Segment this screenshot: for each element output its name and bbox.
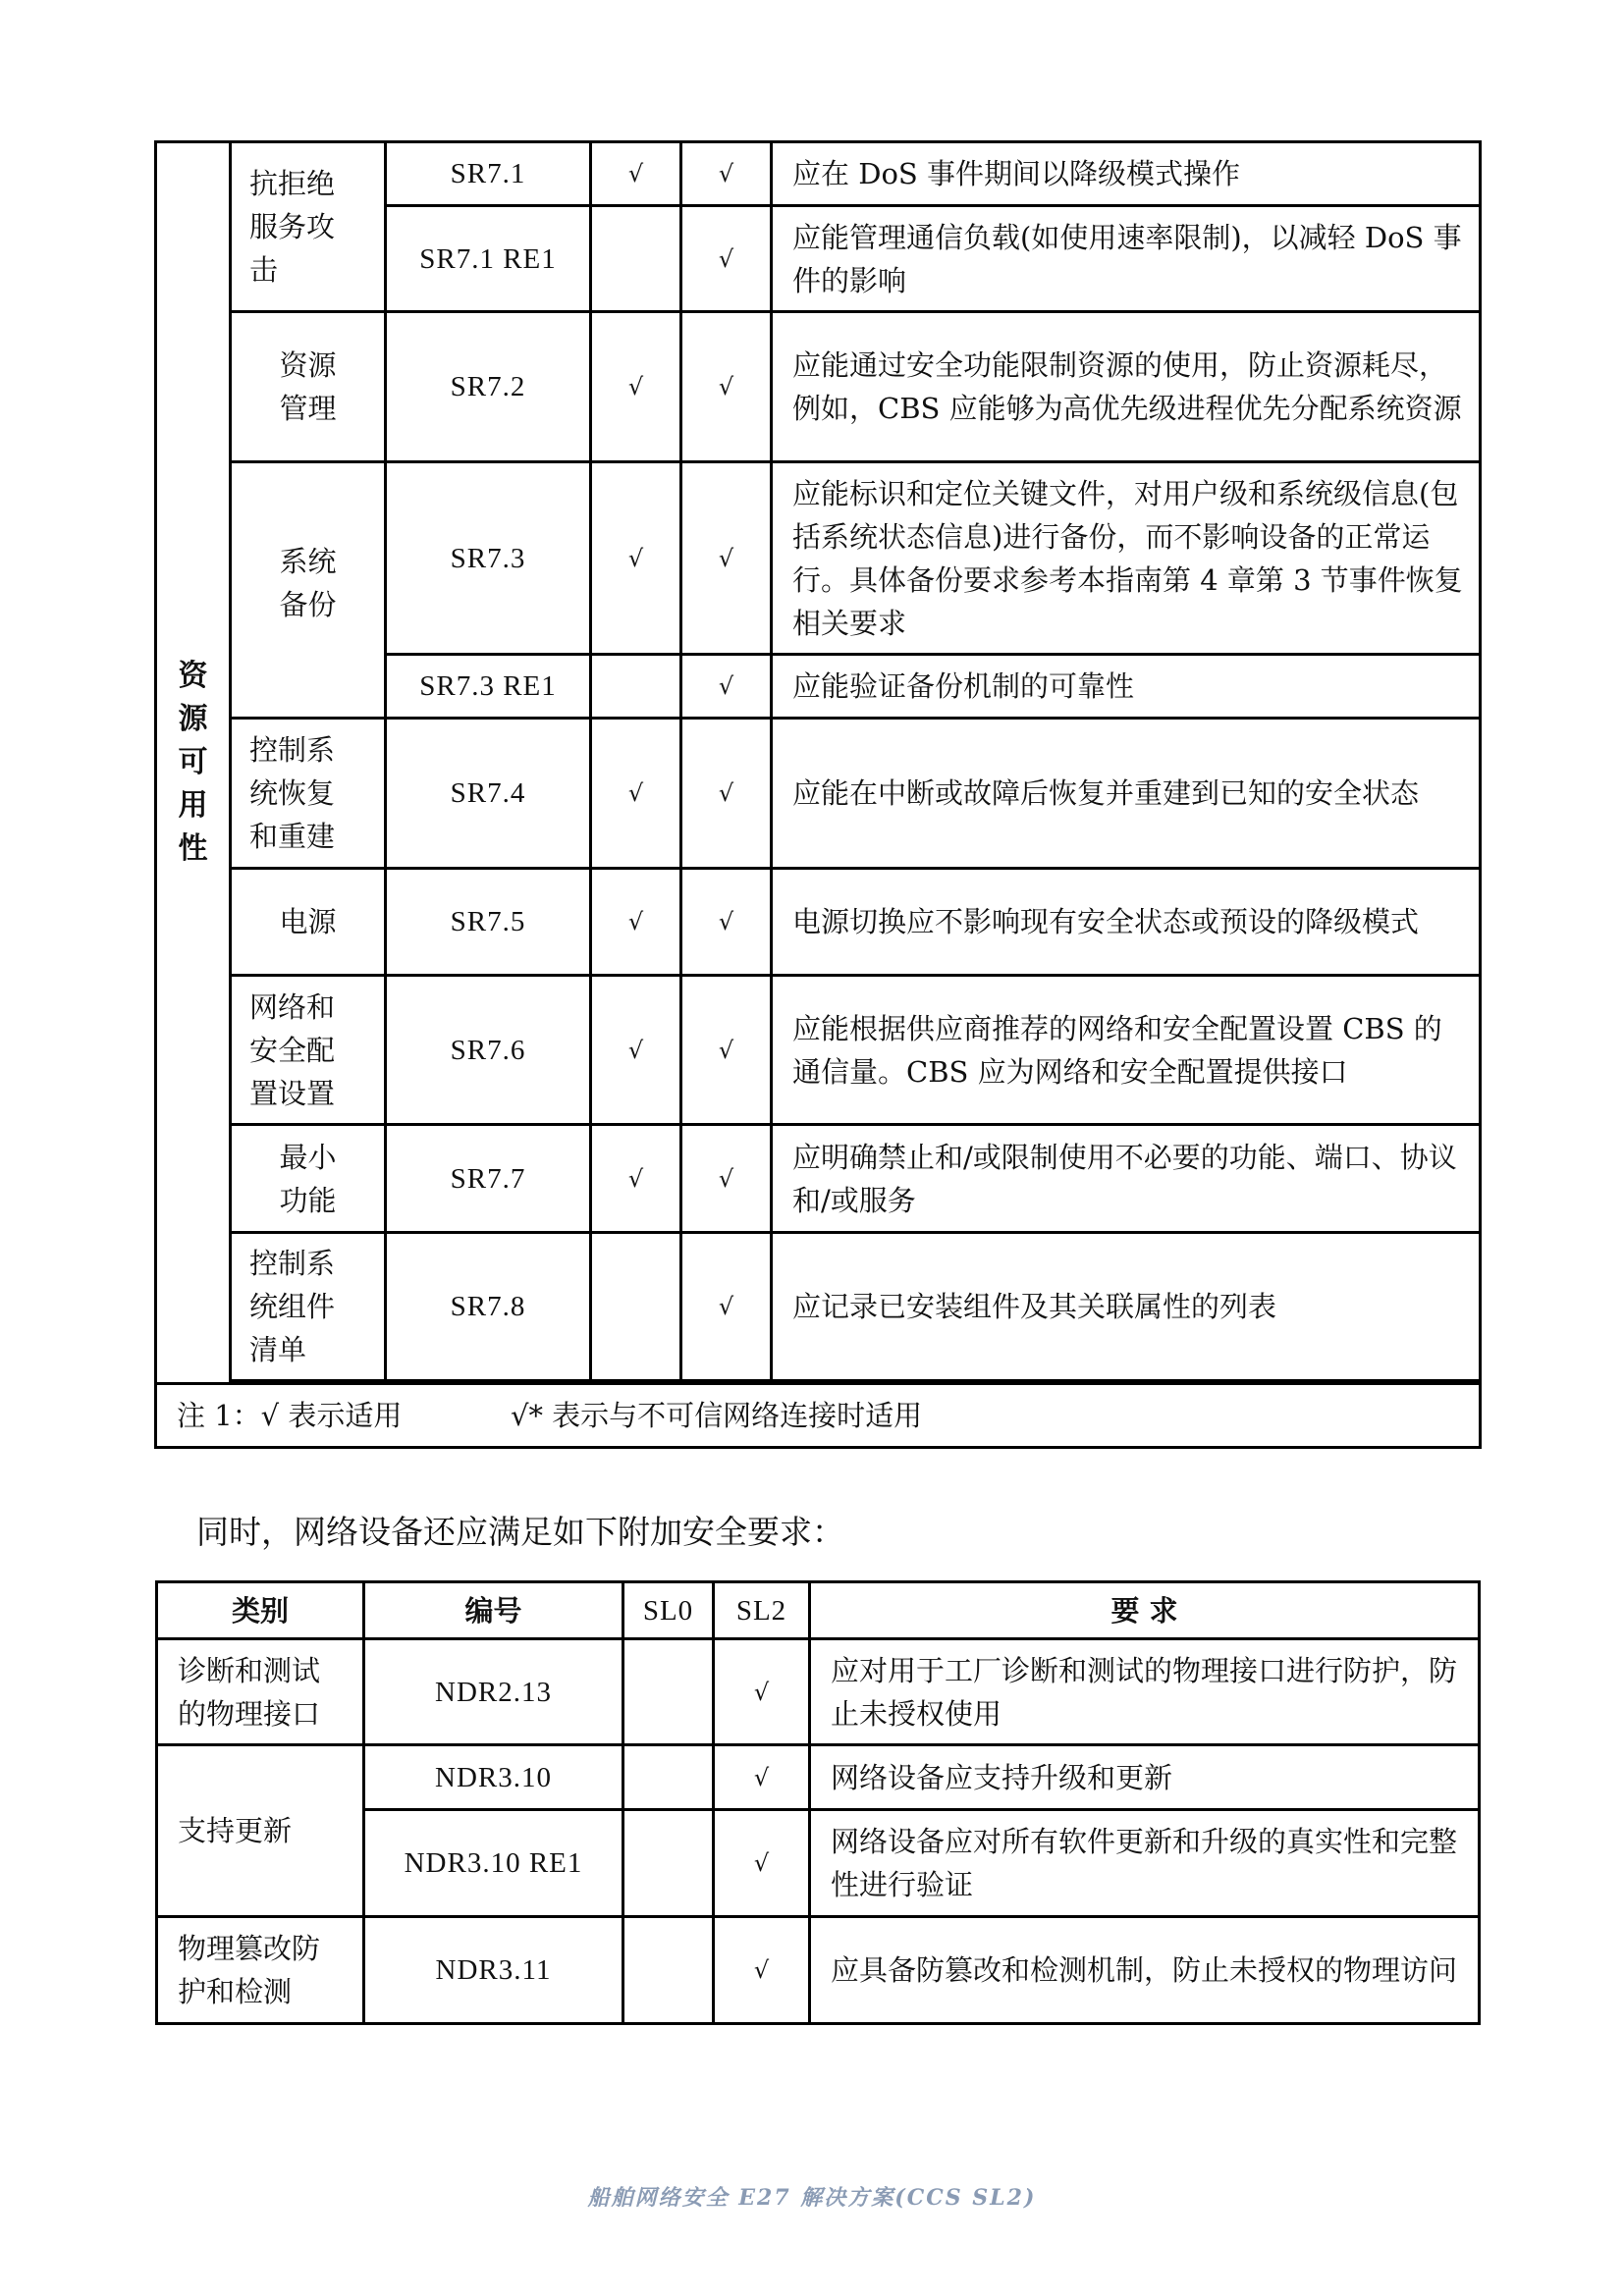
code-cell: SR7.3 RE1 <box>386 655 591 719</box>
header-sl2: SL2 <box>714 1582 810 1639</box>
requirement-cell: 网络设备应对所有软件更新和升级的真实性和完整性进行验证 <box>810 1810 1480 1917</box>
sl2-check: √ <box>681 1233 772 1381</box>
code-cell: NDR2.13 <box>364 1639 623 1745</box>
requirement-cell: 应能验证备份机制的可靠性 <box>772 655 1481 719</box>
code-cell: NDR3.10 RE1 <box>364 1810 623 1917</box>
category-cell: 支持更新 <box>157 1745 364 1917</box>
requirement-cell: 网络设备应支持升级和更新 <box>810 1745 1480 1810</box>
sl2-check: √ <box>681 976 772 1125</box>
category-cell: 资源管理 <box>231 312 386 462</box>
intro-paragraph: 同时，网络设备还应满足如下附加安全要求： <box>196 1507 844 1553</box>
requirement-cell: 应能根据供应商推荐的网络和安全配置设置 CBS 的通信量。CBS 应为网络和安全… <box>772 976 1481 1125</box>
table-row: 诊断和测试的物理接口 NDR2.13 √ 应对用于工厂诊断和测试的物理接口进行防… <box>157 1639 1480 1745</box>
requirement-cell: 应能通过安全功能限制资源的使用，防止资源耗尽，例如，CBS 应能够为高优先级进程… <box>772 312 1481 462</box>
sl1-check: √ <box>591 312 681 462</box>
table-row: 电源 SR7.5 √ √ 电源切换应不影响现有安全状态或预设的降级模式 <box>156 869 1481 976</box>
sl1-check <box>591 206 681 312</box>
table-row: 资源管理 SR7.2 √ √ 应能通过安全功能限制资源的使用，防止资源耗尽，例如… <box>156 312 1481 462</box>
code-cell: SR7.8 <box>386 1233 591 1381</box>
sl0-check <box>623 1639 714 1745</box>
sl2-check: √ <box>681 719 772 869</box>
table-row: 系统备份 SR7.3 √ √ 应能标识和定位关键文件，对用户级和系统级信息(包括… <box>156 462 1481 655</box>
code-cell: SR7.5 <box>386 869 591 976</box>
table-note: 注 1：√ 表示适用 √* 表示与不可信网络连接时适用 <box>156 1384 1481 1448</box>
table-row: 资源可用性 抗拒绝服务攻击 SR7.1 √ √ 应在 DoS 事件期间以降级模式… <box>156 142 1481 206</box>
category-cell: 电源 <box>231 869 386 976</box>
category-cell: 系统备份 <box>231 462 386 719</box>
network-device-requirements-table: 类别 编号 SL0 SL2 要 求 诊断和测试的物理接口 NDR2.13 √ 应… <box>155 1580 1481 2025</box>
sl1-check <box>591 655 681 719</box>
sl1-check: √ <box>591 142 681 206</box>
requirement-cell: 应明确禁止和/或限制使用不必要的功能、端口、协议和/或服务 <box>772 1125 1481 1233</box>
sl0-check <box>623 1810 714 1917</box>
requirement-cell: 电源切换应不影响现有安全状态或预设的降级模式 <box>772 869 1481 976</box>
code-cell: NDR3.11 <box>364 1917 623 2024</box>
code-cell: SR7.2 <box>386 312 591 462</box>
code-cell: SR7.4 <box>386 719 591 869</box>
code-cell: SR7.3 <box>386 462 591 655</box>
sl1-check <box>591 1233 681 1381</box>
sl1-check: √ <box>591 1125 681 1233</box>
sl2-check: √ <box>714 1745 810 1810</box>
code-cell: SR7.7 <box>386 1125 591 1233</box>
requirement-cell: 应具备防篡改和检测机制，防止未授权的物理访问 <box>810 1917 1480 2024</box>
page-footer: 船舶网络安全 E27 解决方案(CCS SL2) <box>0 2181 1624 2212</box>
sl2-check: √ <box>681 462 772 655</box>
requirement-cell: 应能标识和定位关键文件，对用户级和系统级信息(包括系统状态信息)进行备份，而不影… <box>772 462 1481 655</box>
table-row: 物理篡改防护和检测 NDR3.11 √ 应具备防篡改和检测机制，防止未授权的物理… <box>157 1917 1480 2024</box>
sl2-check: √ <box>714 1810 810 1917</box>
code-cell: NDR3.10 <box>364 1745 623 1810</box>
category-cell: 诊断和测试的物理接口 <box>157 1639 364 1745</box>
header-category: 类别 <box>157 1582 364 1639</box>
sl2-check: √ <box>681 142 772 206</box>
category-cell: 网络和安全配置设置 <box>231 976 386 1125</box>
header-code: 编号 <box>364 1582 623 1639</box>
category-cell: 抗拒绝服务攻击 <box>231 142 386 312</box>
resource-availability-table: 资源可用性 抗拒绝服务攻击 SR7.1 √ √ 应在 DoS 事件期间以降级模式… <box>154 140 1482 1449</box>
group-label-resource-availability: 资源可用性 <box>156 142 231 1384</box>
sl0-check <box>623 1917 714 2024</box>
sl1-check: √ <box>591 869 681 976</box>
sl2-check: √ <box>714 1917 810 2024</box>
sl1-check: √ <box>591 976 681 1125</box>
category-cell: 最小功能 <box>231 1125 386 1233</box>
sl2-check: √ <box>681 206 772 312</box>
code-cell: SR7.1 RE1 <box>386 206 591 312</box>
requirement-cell: 应对用于工厂诊断和测试的物理接口进行防护，防止未授权使用 <box>810 1639 1480 1745</box>
category-cell: 控制系统组件清单 <box>231 1233 386 1381</box>
header-sl0: SL0 <box>623 1582 714 1639</box>
code-cell: SR7.1 <box>386 142 591 206</box>
table-row: 最小功能 SR7.7 √ √ 应明确禁止和/或限制使用不必要的功能、端口、协议和… <box>156 1125 1481 1233</box>
sl2-check: √ <box>681 1125 772 1233</box>
requirement-cell: 应能管理通信负载(如使用速率限制)，以减轻 DoS 事件的影响 <box>772 206 1481 312</box>
requirement-cell: 应能在中断或故障后恢复并重建到已知的安全状态 <box>772 719 1481 869</box>
table-row: 控制系统恢复和重建 SR7.4 √ √ 应能在中断或故障后恢复并重建到已知的安全… <box>156 719 1481 869</box>
sl1-check: √ <box>591 719 681 869</box>
table-row: 控制系统组件清单 SR7.8 √ 应记录已安装组件及其关联属性的列表 <box>156 1233 1481 1381</box>
sl0-check <box>623 1745 714 1810</box>
header-row: 类别 编号 SL0 SL2 要 求 <box>157 1582 1480 1639</box>
header-requirement: 要 求 <box>810 1582 1480 1639</box>
sl2-check: √ <box>714 1639 810 1745</box>
sl1-check: √ <box>591 462 681 655</box>
category-cell: 物理篡改防护和检测 <box>157 1917 364 2024</box>
requirement-cell: 应在 DoS 事件期间以降级模式操作 <box>772 142 1481 206</box>
requirement-cell: 应记录已安装组件及其关联属性的列表 <box>772 1233 1481 1381</box>
note-row: 注 1：√ 表示适用 √* 表示与不可信网络连接时适用 <box>156 1384 1481 1448</box>
table-row: 网络和安全配置设置 SR7.6 √ √ 应能根据供应商推荐的网络和安全配置设置 … <box>156 976 1481 1125</box>
sl2-check: √ <box>681 869 772 976</box>
sl2-check: √ <box>681 312 772 462</box>
sl2-check: √ <box>681 655 772 719</box>
category-cell: 控制系统恢复和重建 <box>231 719 386 869</box>
table-row: 支持更新 NDR3.10 √ 网络设备应支持升级和更新 <box>157 1745 1480 1810</box>
code-cell: SR7.6 <box>386 976 591 1125</box>
